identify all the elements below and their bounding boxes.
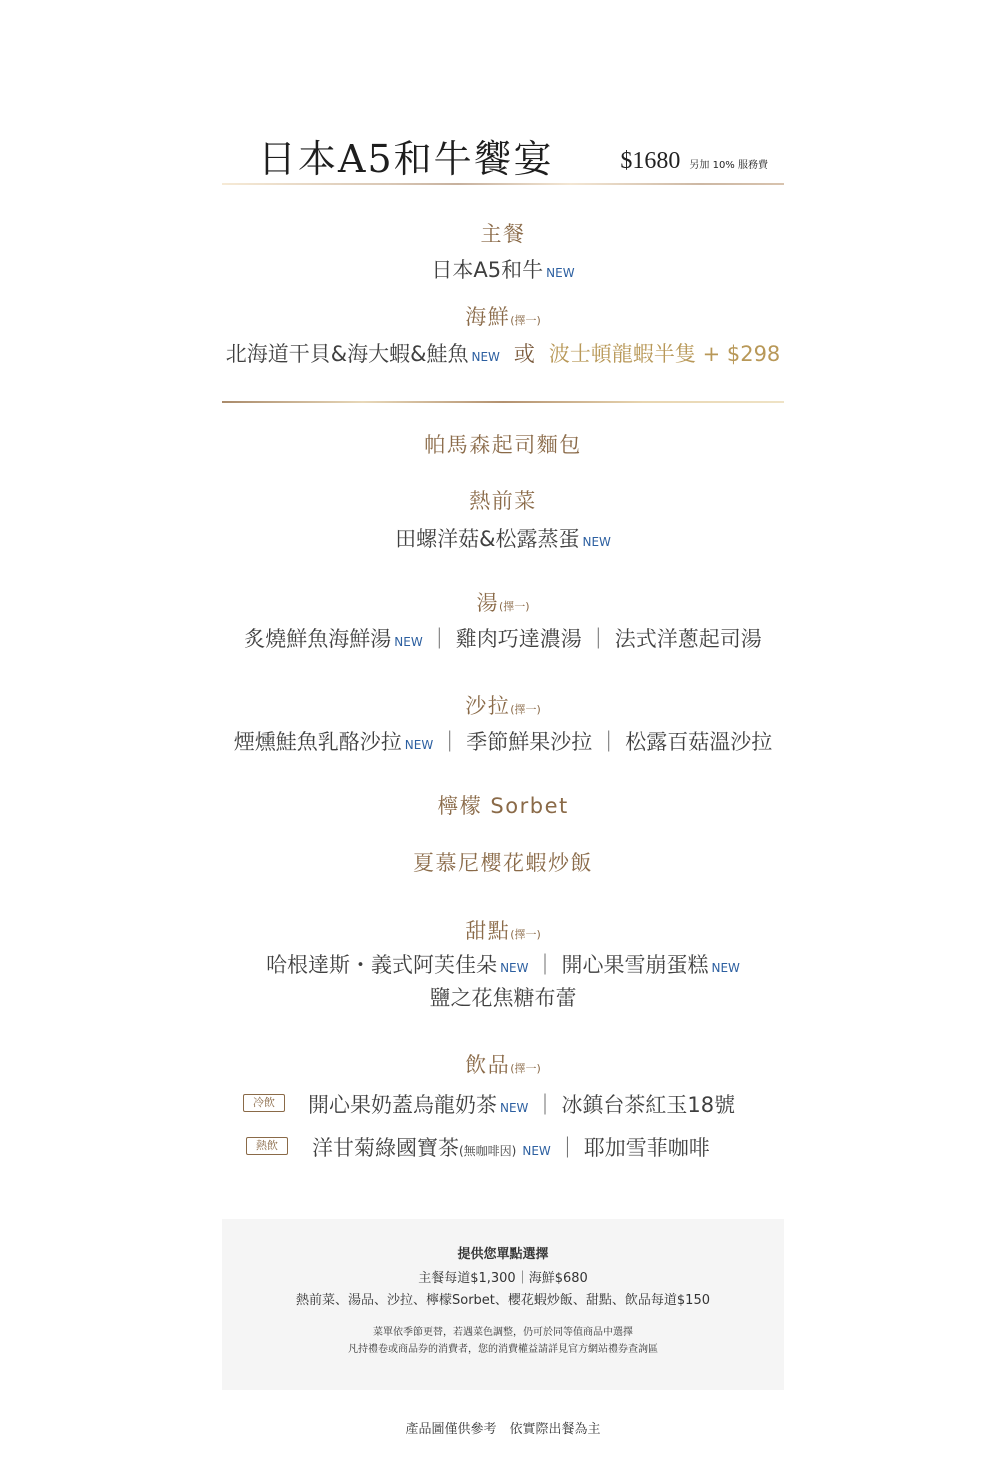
dessert-items-row-2: 鹽之花焦糖布蕾 xyxy=(222,982,784,1012)
section-title: 主餐 xyxy=(222,218,784,248)
new-tag: NEW xyxy=(394,635,422,649)
main-course-items: 日本A5和牛NEW xyxy=(222,254,784,284)
separator: ｜ xyxy=(598,730,619,754)
set-price: $1680 xyxy=(620,148,680,174)
new-tag: NEW xyxy=(471,350,499,364)
a-la-carte-panel: 提供您單點選擇 主餐每道$1,300｜海鮮$680 熱前菜、湯品、沙拉、檸檬So… xyxy=(222,1219,784,1390)
pick-one-label: (擇一) xyxy=(510,928,541,941)
price-block: $1680 另加 10% 服務費 xyxy=(620,148,768,175)
a-la-carte-title: 提供您單點選擇 xyxy=(222,1243,784,1262)
separator: ｜ xyxy=(588,627,609,651)
header-divider xyxy=(222,183,784,185)
section-hot-appetizer: 熱前菜 xyxy=(222,485,784,515)
section-drinks: 飲品(擇一) xyxy=(222,1049,784,1079)
new-tag: NEW xyxy=(712,961,740,975)
hot-appetizer-items: 田螺洋菇&松露蒸蛋NEW xyxy=(222,523,784,553)
section-title: 湯 xyxy=(476,591,499,615)
pick-one-label: (擇一) xyxy=(510,703,541,716)
item-name: 田螺洋菇&松露蒸蛋 xyxy=(395,527,579,551)
item-name: 炙燒鮮魚海鮮湯 xyxy=(244,627,391,651)
section-sorbet: 檸檬 Sorbet xyxy=(222,790,784,820)
menu-item: 松露百菇溫沙拉 xyxy=(625,730,772,754)
section-title: 海鮮 xyxy=(465,305,510,329)
section-soup: 湯(擇一) xyxy=(222,587,784,617)
voucher-note: 凡持禮卷或商品券的消費者，您的消費權益請詳見官方網站禮券查詢區 xyxy=(222,1340,784,1355)
section-title: 飲品 xyxy=(465,1053,510,1077)
caffeine-free-note: (無咖啡因) xyxy=(459,1144,516,1158)
pick-one-label: (擇一) xyxy=(510,314,541,327)
or-label: 或 xyxy=(514,342,535,366)
new-tag: NEW xyxy=(500,961,528,975)
section-fried-rice: 夏慕尼櫻花蝦炒飯 xyxy=(222,847,784,877)
separator: ｜ xyxy=(439,730,460,754)
a-la-carte-main-prices: 主餐每道$1,300｜海鮮$680 xyxy=(222,1267,784,1286)
menu-item: 洋甘菊綠國寶茶 xyxy=(312,1136,459,1160)
item-name: 開心果雪崩蛋糕 xyxy=(562,953,709,977)
menu-item: 炙燒鮮魚海鮮湯NEW xyxy=(244,627,422,651)
menu-item: 北海道干貝&海大蝦&鮭魚NEW xyxy=(226,342,500,366)
cold-drink-badge: 冷飲 xyxy=(243,1094,285,1112)
section-title: 夏慕尼櫻花蝦炒飯 xyxy=(222,847,784,877)
menu-item: 開心果雪崩蛋糕NEW xyxy=(562,953,740,977)
item-name: 哈根達斯・義式阿芙佳朵 xyxy=(266,953,497,977)
soup-items: 炙燒鮮魚海鮮湯NEW｜雞肉巧達濃湯｜法式洋蔥起司湯 xyxy=(222,623,784,653)
menu-item: 冰鎮台茶紅玉18號 xyxy=(561,1093,735,1117)
section-title: 熱前菜 xyxy=(222,485,784,515)
menu-item: 開心果奶蓋烏龍奶茶 xyxy=(308,1093,497,1117)
menu-item: 季節鮮果沙拉 xyxy=(466,730,592,754)
separator: ｜ xyxy=(557,1136,578,1160)
menu-item: 煙燻鮭魚乳酪沙拉NEW xyxy=(234,730,433,754)
section-divider xyxy=(222,401,784,403)
item-name: 煙燻鮭魚乳酪沙拉 xyxy=(234,730,402,754)
cold-drinks-row: 冷飲 開心果奶蓋烏龍奶茶NEW｜冰鎮台茶紅玉18號 xyxy=(222,1089,784,1119)
new-tag: NEW xyxy=(500,1101,528,1115)
separator: ｜ xyxy=(429,627,450,651)
menu-item: 鹽之花焦糖布蕾 xyxy=(430,986,577,1010)
section-main-course: 主餐 xyxy=(222,218,784,248)
hot-drink-items: 洋甘菊綠國寶茶(無咖啡因)NEW｜耶加雪菲咖啡 xyxy=(312,1132,710,1162)
menu-item: 雞肉巧達濃湯 xyxy=(456,627,582,651)
separator: ｜ xyxy=(534,1093,555,1117)
section-seafood: 海鮮(擇一) xyxy=(222,301,784,331)
menu-header: 日本A5和牛饗宴 $1680 另加 10% 服務費 xyxy=(222,126,784,182)
menu-item: 日本A5和牛NEW xyxy=(431,258,574,282)
pick-one-label: (擇一) xyxy=(510,1062,541,1075)
section-title: 檸檬 Sorbet xyxy=(222,790,784,820)
lobster-upgrade-option: 波士頓龍蝦半隻 + $298 xyxy=(549,342,780,366)
section-title: 沙拉 xyxy=(465,694,510,718)
section-title: 帕馬森起司麵包 xyxy=(222,429,784,459)
menu-item: 哈根達斯・義式阿芙佳朵NEW xyxy=(266,953,528,977)
hot-drink-badge: 熱飲 xyxy=(246,1137,288,1155)
menu-title: 日本A5和牛饗宴 xyxy=(258,128,554,183)
section-bread: 帕馬森起司麵包 xyxy=(222,429,784,459)
menu-item: 田螺洋菇&松露蒸蛋NEW xyxy=(395,527,611,551)
seasonal-change-note: 菜單依季節更替，若遇菜色調整，仍可於同等值商品中選擇 xyxy=(222,1323,784,1338)
cold-drink-items: 開心果奶蓋烏龍奶茶NEW｜冰鎮台茶紅玉18號 xyxy=(308,1089,735,1119)
hot-drinks-row: 熱飲 洋甘菊綠國寶茶(無咖啡因)NEW｜耶加雪菲咖啡 xyxy=(222,1132,784,1162)
section-dessert: 甜點(擇一) xyxy=(222,915,784,945)
menu-item: 法式洋蔥起司湯 xyxy=(615,627,762,651)
seafood-items: 北海道干貝&海大蝦&鮭魚NEW或波士頓龍蝦半隻 + $298 xyxy=(222,338,784,368)
pick-one-label: (擇一) xyxy=(499,600,530,613)
image-disclaimer: 產品圖僅供參考 依實際出餐為主 xyxy=(222,1418,784,1437)
section-salad: 沙拉(擇一) xyxy=(222,690,784,720)
item-name: 北海道干貝&海大蝦&鮭魚 xyxy=(226,342,469,366)
menu-item: 耶加雪菲咖啡 xyxy=(584,1136,710,1160)
new-tag: NEW xyxy=(546,266,574,280)
new-tag: NEW xyxy=(582,535,610,549)
section-title: 甜點 xyxy=(465,919,510,943)
dessert-items-row-1: 哈根達斯・義式阿芙佳朵NEW｜開心果雪崩蛋糕NEW xyxy=(222,949,784,979)
new-tag: NEW xyxy=(405,738,433,752)
a-la-carte-course-prices: 熱前菜、湯品、沙拉、檸檬Sorbet、櫻花蝦炒飯、甜點、飲品每道$150 xyxy=(222,1289,784,1308)
separator: ｜ xyxy=(535,953,556,977)
service-charge-note: 另加 10% 服務費 xyxy=(689,160,768,171)
item-name: 日本A5和牛 xyxy=(431,258,543,282)
new-tag: NEW xyxy=(522,1144,550,1158)
salad-items: 煙燻鮭魚乳酪沙拉NEW｜季節鮮果沙拉｜松露百菇溫沙拉 xyxy=(222,726,784,756)
